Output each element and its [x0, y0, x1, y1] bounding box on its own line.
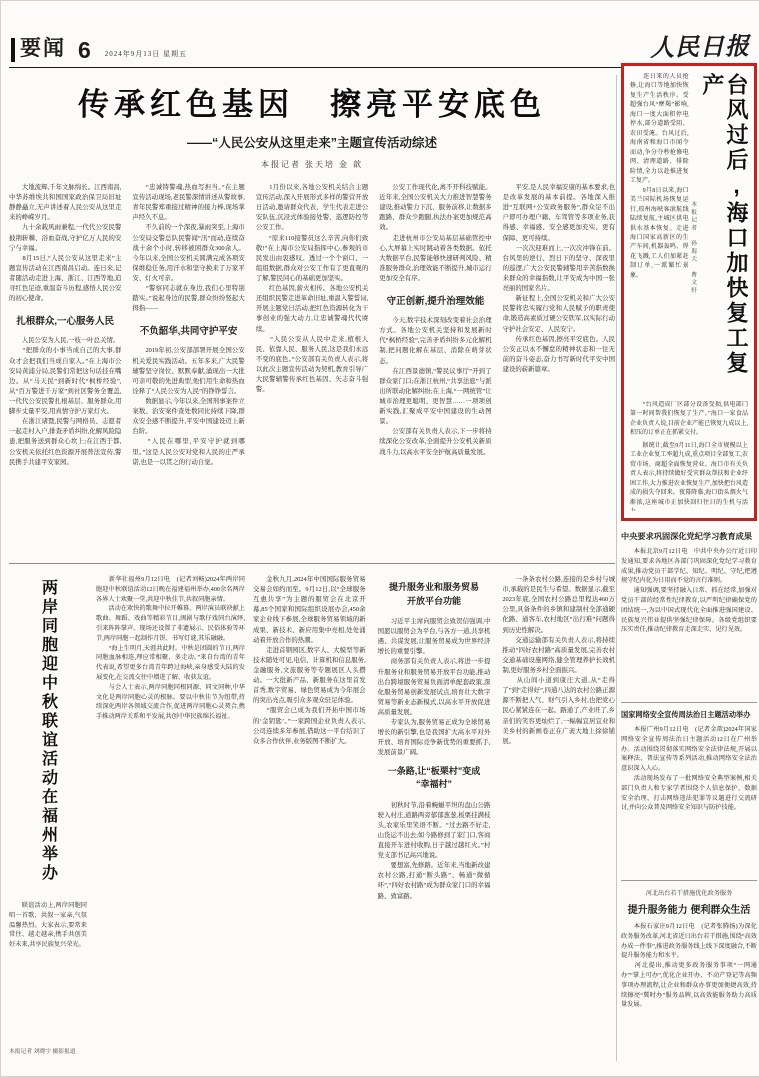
section-title: 要闻 — [20, 32, 66, 62]
body-text: 本报石家庄9月12日电 (记者张腾扬)为深化政务服务改革,河北省近日出台若干措施… — [621, 922, 757, 1042]
body-text: 本报广州9月12日电 (记者金歆)2024年国家网络安全宣传周法治日主题活动12… — [621, 725, 757, 873]
main-article: 传承红色基因 擦亮平安底色 ——“人民公安从这里走来”主题宣传活动综述 本报记者… — [9, 79, 615, 555]
body-text: 今天,数字技术深刻改变着社会治理方式。各地公安机关坚持和发展新时代“枫桥经验”,… — [379, 316, 491, 458]
body-text: 平安,是人民幸福安康的基本要求,也是改革发展的基本前提。各地深入推进“互联网+公… — [503, 183, 615, 375]
main-headline: 传承红色基因 擦亮平安底色 — [9, 79, 615, 124]
strait-festival-article: 两岸同胞迎中秋联谊活动在福州举办 联谊活动上,两岸同胞同唱一首歌、共叙一家亲,气… — [9, 575, 245, 1055]
right-news-column: 中央要求巩固深化党纪学习教育成果 本报北京9月12日电 中共中央办公厅近日印发通… — [621, 531, 757, 1063]
article-column: 公安工作现代化,离不开科技赋能。近年来,全国公安机关大力推进智慧警务建设,推动警… — [379, 183, 491, 555]
brief-headline-cybersecurity: 国家网络安全宣传周法治日主题活动举办 — [621, 710, 757, 720]
body-text: 人民公安为人民,一枝一叶总关情。 “把群众的小事当成自己的大事,群众才会把我们当… — [9, 336, 121, 467]
body-text: 新华社福州9月12日电 (记者刘畅)2024年两岸同胞迎中秋联谊活动12日晚在福… — [96, 575, 245, 722]
body-text: 联谊活动上,两岸同胞同唱一首歌、共叙一家亲,气氛温馨热烈。大家表示,要常来常往、… — [9, 901, 87, 950]
column-divider — [616, 75, 617, 1061]
masthead-logo: 人民日报 — [650, 26, 751, 63]
page-header: 要闻 6 2024年9月13日 星期五 人民日报 — [11, 27, 750, 62]
highlighted-article-typhoon: 连日来的人员抢修,让海口等地加快恢复生产生活秩序。受超强台风“摩羯”影响,海口一… — [621, 63, 757, 521]
brief-headline-hebei-services: 提升服务能力 便利群众生活 — [621, 901, 757, 916]
edition-date: 2024年9月13日 星期五 — [105, 49, 187, 59]
main-byline: 本报记者 张天培 金 歆 — [9, 159, 615, 170]
article-column: 提升服务业和服务贸易 开放平台功能 习近平主席向服贸会致贺信强调,中国愿以服贸会… — [378, 575, 491, 1055]
brief-headline-discipline: 中央要求巩固深化党纪学习教育成果 — [621, 531, 757, 542]
body-text: 金秋九月,2024年中国国际服务贸易交易会如约而至。9月12日,以“全球服务 互… — [253, 575, 366, 747]
subhead-trade-platform: 提升服务业和服务贸易 开放平台功能 — [382, 581, 487, 608]
subhead-serve-people: 扎根群众,一心服务人民 — [9, 313, 121, 327]
body-text: 一条条农村公路,连接的是乡村与城市,承载的是民生与希望。数据显示,截至2023年… — [502, 575, 615, 747]
body-text: 连日来的人员抢修,让海口等地加快恢复生产生活秩序。受超强台风“摩羯”影响,海口一… — [630, 73, 689, 395]
body-text: 大地流辉,千年文脉绵长。江西南昌,中华苏维埃共和国国家政治保卫局旧址静静矗立,无… — [9, 183, 121, 304]
bottom-middle-columns: 金秋九月,2024年中国国际服务贸易交易会如约而至。9月12日,以“全球服务 互… — [253, 575, 615, 1055]
article-column: 大地流辉,千年文脉绵长。江西南昌,中华苏维埃共和国国家政治保卫局旧址静静矗立,无… — [9, 183, 121, 555]
article-column: 平安,是人民幸福安康的基本要求,也是改革发展的基本前提。各地深入推进“互联网+公… — [503, 183, 615, 555]
body-text: 初秋时节,沿着蜿蜒平坦的盘山公路驶入村庄,道路两旁郁郁葱葱,板栗挂满枝头,农家乐… — [378, 801, 491, 902]
body-text: 本报北京9月12日电 中共中央办公厅近日印发通知,要求各地区各部门巩固深化党纪学… — [621, 547, 757, 695]
subhead-happy-village-road: 一条路,让“板栗村”变成 “幸福村” — [382, 765, 487, 792]
strait-vertical-headline: 两岸同胞迎中秋联谊活动在福州举办 — [37, 579, 60, 891]
article-divider — [621, 880, 757, 881]
subhead-guard-peace: 不负韶华,共同守护平安 — [132, 323, 244, 337]
page-number: 6 — [78, 39, 91, 62]
body-text: 习近平主席向服贸会致贺信强调,中国愿以服贸会为平台,与各方一道,共享机遇、共谋发… — [378, 617, 491, 759]
article-column: 金秋九月,2024年中国国际服务贸易交易会如约而至。9月12日,以“全球服务 互… — [253, 575, 366, 1055]
body-text: 2019年初,公安部部署开展全国公安机关爱民实践活动。五年多来,广大民警辅警坚守… — [132, 346, 244, 467]
typhoon-headline: 台风过后,海口加快复工复产 — [700, 73, 748, 395]
newspaper-page: 要闻 6 2024年9月13日 星期五 人民日报 传承红色基因 擦亮平安底色 —… — [0, 0, 759, 1077]
article-column: 一条条农村公路,连接的是乡村与城市,承载的是民生与希望。数据显示,截至2023年… — [502, 575, 615, 1055]
typhoon-byline: 本报记者 孙海天 曹文轩 — [689, 201, 698, 395]
body-text: “忠诚铸警魂,热血写担当。”在主题宣传活动现场,老民警深情讲述从警故事,青年民警… — [132, 183, 244, 314]
body-text: 公安工作现代化,离不开科技赋能。近年来,全国公安机关大力推进智慧警务建设,推动警… — [379, 183, 491, 284]
photo-credit: 本报记者 刘晓宇 摄影报道 — [9, 1040, 87, 1055]
body-text: “台风造成厂区部分设备受损,供电部门第一时间帮我们恢复了生产。”海口一家食品企业… — [630, 401, 748, 439]
main-article-columns: 大地流辉,千年文脉绵长。江西南昌,中华苏维埃共和国国家政治保卫局旧址静静矗立,无… — [9, 183, 615, 555]
body-text: 1月份以来,各地公安机关结合主题宣传活动,深入开展形式多样的警营开放日活动,邀请… — [256, 183, 368, 395]
article-column: “忠诚铸警魂,热血写担当。”在主题宣传活动现场,老民警深情讲述从警故事,青年民警… — [132, 183, 244, 555]
article-column: 1月份以来,各地公安机关结合主题宣传活动,深入开展形式多样的警营开放日活动,邀请… — [256, 183, 368, 555]
section-bracket-mark — [11, 38, 15, 62]
section-divider — [9, 563, 615, 564]
main-subtitle: ——“人民公安从这里走来”主题宣传活动综述 — [9, 133, 615, 151]
article-divider — [621, 702, 757, 703]
body-text: 据统计,截至9月11日,海口全市规模以上工业企业复工率超九成,重点项目全部复工,… — [630, 442, 748, 511]
subhead-governance: 守正创新,提升治理效能 — [379, 293, 491, 307]
brief-kicker-hebei: 河北出台若干措施优化政务服务 — [621, 888, 757, 897]
